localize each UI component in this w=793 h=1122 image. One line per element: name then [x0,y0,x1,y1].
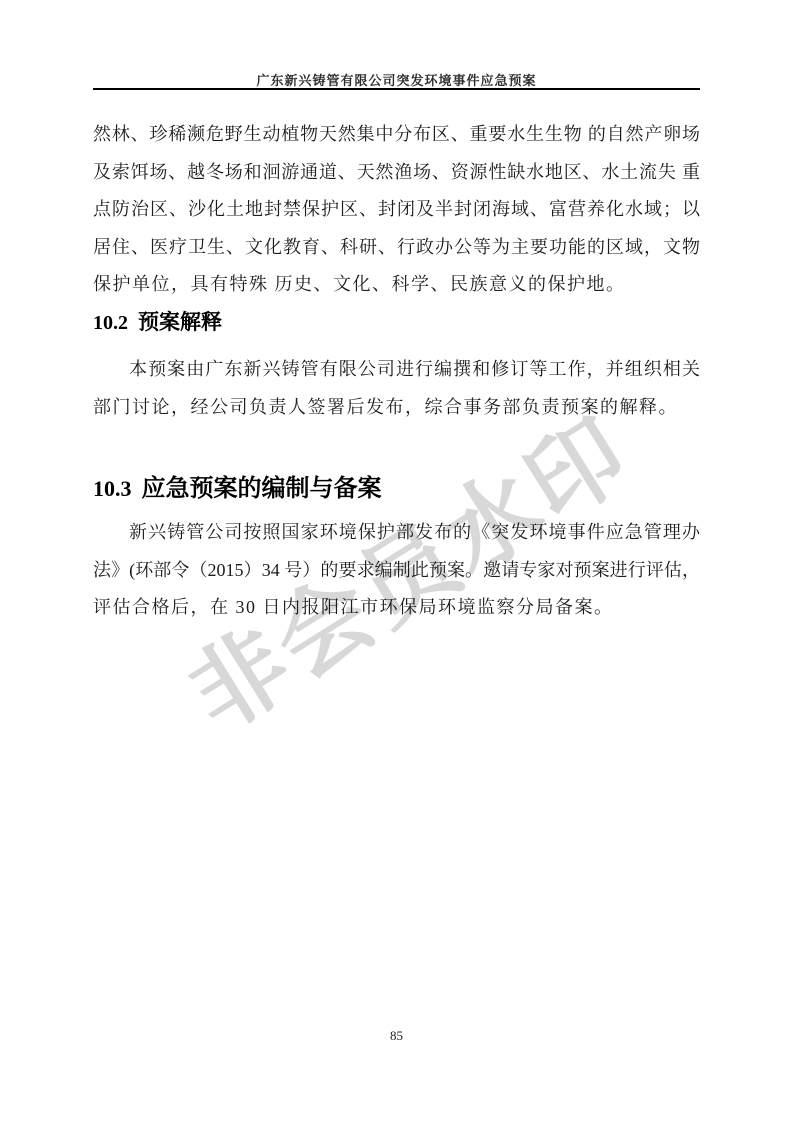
section-number: 10.3 [93,476,132,501]
body-line: 法》(环部令（2015）34 号）的要求编制此预案。邀请专家对预案进行评估， [93,552,700,590]
body-line: 及索饵场、越冬场和洄游通道、天然渔场、资源性缺水地区、水土流失 重 [93,154,700,192]
body-line: 新兴铸管公司按照国家环境保护部发布的《突发环境事件应急管理办 [93,514,700,552]
body-line: 然林、珍稀濒危野生动植物天然集中分布区、重要水生生物 的自然产卵场 [93,116,700,154]
paragraph-plan-filing: 新兴铸管公司按照国家环境保护部发布的《突发环境事件应急管理办 法》(环部令（20… [93,514,700,627]
body-line: 评估合格后，在 30 日内报阳江市环保局环境监察分局备案。 [93,589,700,627]
body-line: 点防治区、沙化土地封禁保护区、封闭及半封闭海域、富营养化水域；以 [93,191,700,229]
body-line: 保护单位，具有特殊 历史、文化、科学、民族意义的保护地。 [93,266,700,304]
page-number: 85 [0,1028,793,1044]
document-page: 非会员水印 广东新兴铸管有限公司突发环境事件应急预案 然林、珍稀濒危野生动植物天… [0,0,793,1122]
body-line: 部门讨论，经公司负责人签署后发布，综合事务部负责预案的解释。 [93,389,700,427]
paragraph-protected-areas: 然林、珍稀濒危野生动植物天然集中分布区、重要水生生物 的自然产卵场 及索饵场、越… [93,116,700,304]
paragraph-plan-interpretation: 本预案由广东新兴铸管有限公司进行编撰和修订等工作，并组织相关 部门讨论，经公司负… [93,351,700,426]
body-line: 本预案由广东新兴铸管有限公司进行编撰和修订等工作，并组织相关 [93,351,700,389]
section-heading-10-3: 10.3应急预案的编制与备案 [93,468,700,503]
section-title: 应急预案的编制与备案 [142,475,382,502]
section-heading-10-2: 10.2预案解释 [93,306,700,336]
page-header-title: 广东新兴铸管有限公司突发环境事件应急预案 [93,70,700,89]
body-line: 居住、医疗卫生、文化教育、科研、行政办公等为主要功能的区域，文物 [93,229,700,267]
section-number: 10.2 [93,312,128,334]
header-divider-line [93,88,700,90]
section-title: 预案解释 [138,311,222,334]
